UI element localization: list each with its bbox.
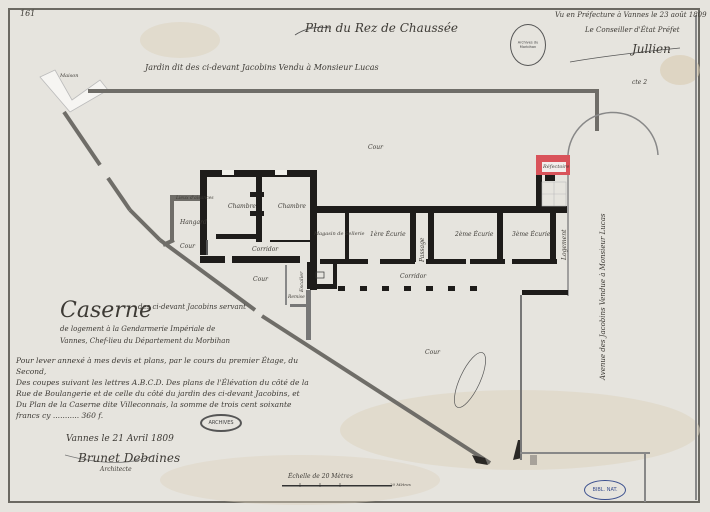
approval-line-1: Vu en Préfecture à Vannes le 23 août 180… — [555, 12, 707, 19]
building-subtitle-2: de logement à la Gendarmerie Impériale d… — [60, 326, 215, 333]
approval-line-2: Le Conseiller d'État Préfet — [585, 27, 680, 34]
label-escalier: Escalier — [300, 271, 305, 292]
label-cour-top: Cour — [368, 145, 383, 151]
label-ecurie-1: 1ère Écurie — [370, 232, 406, 238]
cost-description: Pour lever annexé à mes devis et plans, … — [16, 355, 328, 421]
label-hangard: Hangard — [180, 220, 207, 226]
architect-signature: Brunet Debaines — [78, 452, 180, 464]
description-line: francs cy ........... 360 f. — [16, 410, 328, 421]
label-cour-middle: Cour — [253, 277, 268, 283]
building-subtitle-1: des ci-devant Jacobins servant — [138, 304, 246, 311]
label-avenue: Avenue des Jacobins Vendue à Monsieur Lu… — [600, 214, 607, 380]
label-passage: Passage — [420, 238, 426, 262]
label-corridor: Corridor — [252, 247, 278, 253]
scale-end-label: 20 Mètres — [390, 483, 411, 487]
catalog-number: 161 — [20, 10, 35, 18]
label-chambre-2: Chambre — [278, 204, 306, 210]
library-seal-text: BIBL. NAT. — [592, 487, 617, 493]
label-magasin-sellerie: Magasin de Sellerie — [314, 232, 365, 237]
label-ecurie-3: 3ème Écurie — [512, 232, 550, 238]
place-date: Vannes le 21 Avril 1809 — [66, 435, 174, 444]
description-line: Pour lever annexé à mes devis et plans, … — [16, 355, 328, 377]
plan-sheet: 161 Plan du Rez de Chaussée Maison Jardi… — [0, 0, 710, 512]
description-line: Rue de Boulangerie et de celle du côté d… — [16, 388, 328, 399]
description-line: Du Plan de la Caserne dite Villeconnais,… — [16, 399, 328, 410]
label-remise: Remise — [288, 296, 305, 301]
label-refectoire: Réfectoire — [543, 165, 569, 170]
label-chambre-1: Chambre — [228, 204, 256, 210]
main-title: Plan du Rez de Chaussée — [305, 22, 458, 34]
label-lieux-aisances: Lieux d'aisances — [176, 197, 214, 202]
archive-seal-top: Archives du Morbihan — [510, 24, 546, 66]
description-line: Des coupes suivant les lettres A.B.C.D. … — [16, 377, 328, 388]
garden-label: Maison — [60, 74, 79, 79]
garden-title: Jardin dit des ci-devant Jacobins Vendu … — [145, 64, 379, 72]
label-corridor-colonnade: Corridor — [400, 274, 426, 280]
margin-note: cte 2 — [632, 80, 647, 86]
label-logement: Logement — [562, 229, 568, 260]
library-seal: BIBL. NAT. — [584, 480, 626, 500]
building-subtitle-3: Vannes, Chef-lieu du Département du Morb… — [60, 338, 230, 345]
label-cour-left: Cour — [180, 244, 195, 250]
archive-seal-top-text: Archives du Morbihan — [516, 41, 540, 49]
label-cour-large: Cour — [425, 350, 440, 356]
label-ecurie-2: 2ème Écurie — [455, 232, 493, 238]
scale-label: Échelle de 20 Mètres — [288, 474, 353, 480]
architect-role: Architecte — [100, 467, 132, 473]
prefect-signature: Jullien — [632, 43, 671, 55]
